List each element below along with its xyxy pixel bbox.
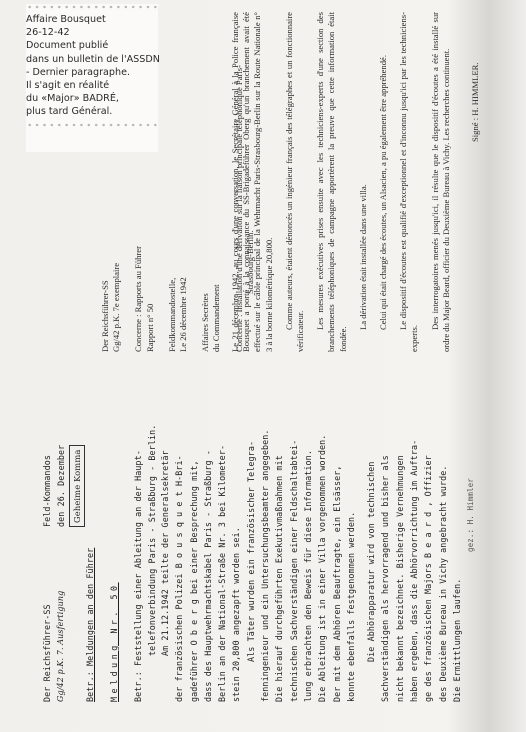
german-line: technischen Sachverständigen einer Felds… [287,342,301,702]
german-line: fenningenieur und ein Untersuchungsbeamt… [258,342,272,702]
german-date: den 26. Dezember [54,397,68,527]
german-line: dass des Hauptwehrmachtskabel Paris - St… [201,342,215,702]
german-line: Der mit dem Abhören Beauftragte, ein Els… [330,342,344,702]
french-signature: Signé : H. HIMMLER. [470,0,481,142]
german-line: gadeführer O b e r g bei einer Besprechu… [187,342,201,702]
french-subject-1: Concerne : Rapports au Führer [133,92,144,352]
german-place: Feld-Kommandos [40,397,54,527]
german-signature: gez.: H. Himmler [464,342,478,702]
german-line: Sachverständigen als hervorragend und bi… [378,342,392,702]
french-report-number: Rapport n° 50 [145,92,156,352]
german-line: Die Ermittlungen laufen. [450,342,464,702]
french-paragraph: Comme auteurs, étaient dénoncés un ingén… [284,12,306,352]
french-body: Le 21 décembre 1942, au cours d'une conv… [230,12,461,352]
german-line: des Deuxième Bureau in Vichy angebracht … [436,342,450,702]
french-reference: Gg/42 p.K. 7e exemplaire [111,92,122,352]
german-body: Am 21.12.1942 teilte der Generalsekretär… [158,342,479,702]
french-classification: Affaires Secrètes [200,92,211,352]
german-line: haben ergeben, dass die Abhörvorrichtung… [407,342,421,702]
french-paragraph: Les mesures exécutives prises ensuite av… [315,12,349,352]
french-date: Le 26 décembre 1942 [178,92,189,352]
german-line: Die Abhörapparatur wird von technischen [364,342,378,702]
german-line: ge des französischen Majors B e a r d , … [421,342,435,702]
french-paragraph: Le dispositif d'écoutes est qualifié d'e… [398,12,420,352]
french-paragraph: Le 21 décembre 1942, au cours d'une conv… [230,12,275,352]
rotated-scan: Der Reichsführer-SS Gg/42 p.K. 7. Ausfer… [0,0,526,732]
german-line: stein 20,800 angezapft worden sei. [229,342,243,702]
german-line: Die Ableitung ist in einer Villa vorgeno… [315,342,329,702]
german-line: Als Täter wurden ein französischer Teleg… [244,342,258,702]
french-sender: Der Reichsführer-SS [100,92,111,352]
french-paragraph: Des interrogatoires menés jusqu'ici, il … [430,12,452,352]
french-place: Feldkommandostelle, [167,92,178,352]
german-line: Die hierauf durchgeführten Exekutivmaßna… [272,342,286,702]
german-line: der französischen Polizei B o u s q u e … [172,342,186,702]
german-line: Am 21.12.1942 teilte der Generalsekretär [158,342,172,702]
german-line: Berlin an der National-Straße Nr. 3 bei … [215,342,229,702]
french-classification-cont: du Commandement [211,92,222,352]
german-secret-stamp: Geheime Komma [69,446,85,528]
german-line: lung erbrachten den Beweis für diese Inf… [301,342,315,702]
german-report-number: Meldung Nr. 50 [107,425,121,702]
french-paragraph: Celui qui était chargé des écoutes, un A… [378,12,389,352]
german-place-block: Feld-Kommandos den 26. Dezember Geheime … [40,397,85,527]
german-line: konnte ebenfalls festgenommen werden. [344,342,358,702]
german-line: nicht bekannt bezeichnet. Bisherige Vern… [393,342,407,702]
german-subject-2: Betr.: Feststellung einer Ableitung an d… [131,425,145,702]
french-paragraph: La dérivation était installée dans une v… [358,12,369,352]
